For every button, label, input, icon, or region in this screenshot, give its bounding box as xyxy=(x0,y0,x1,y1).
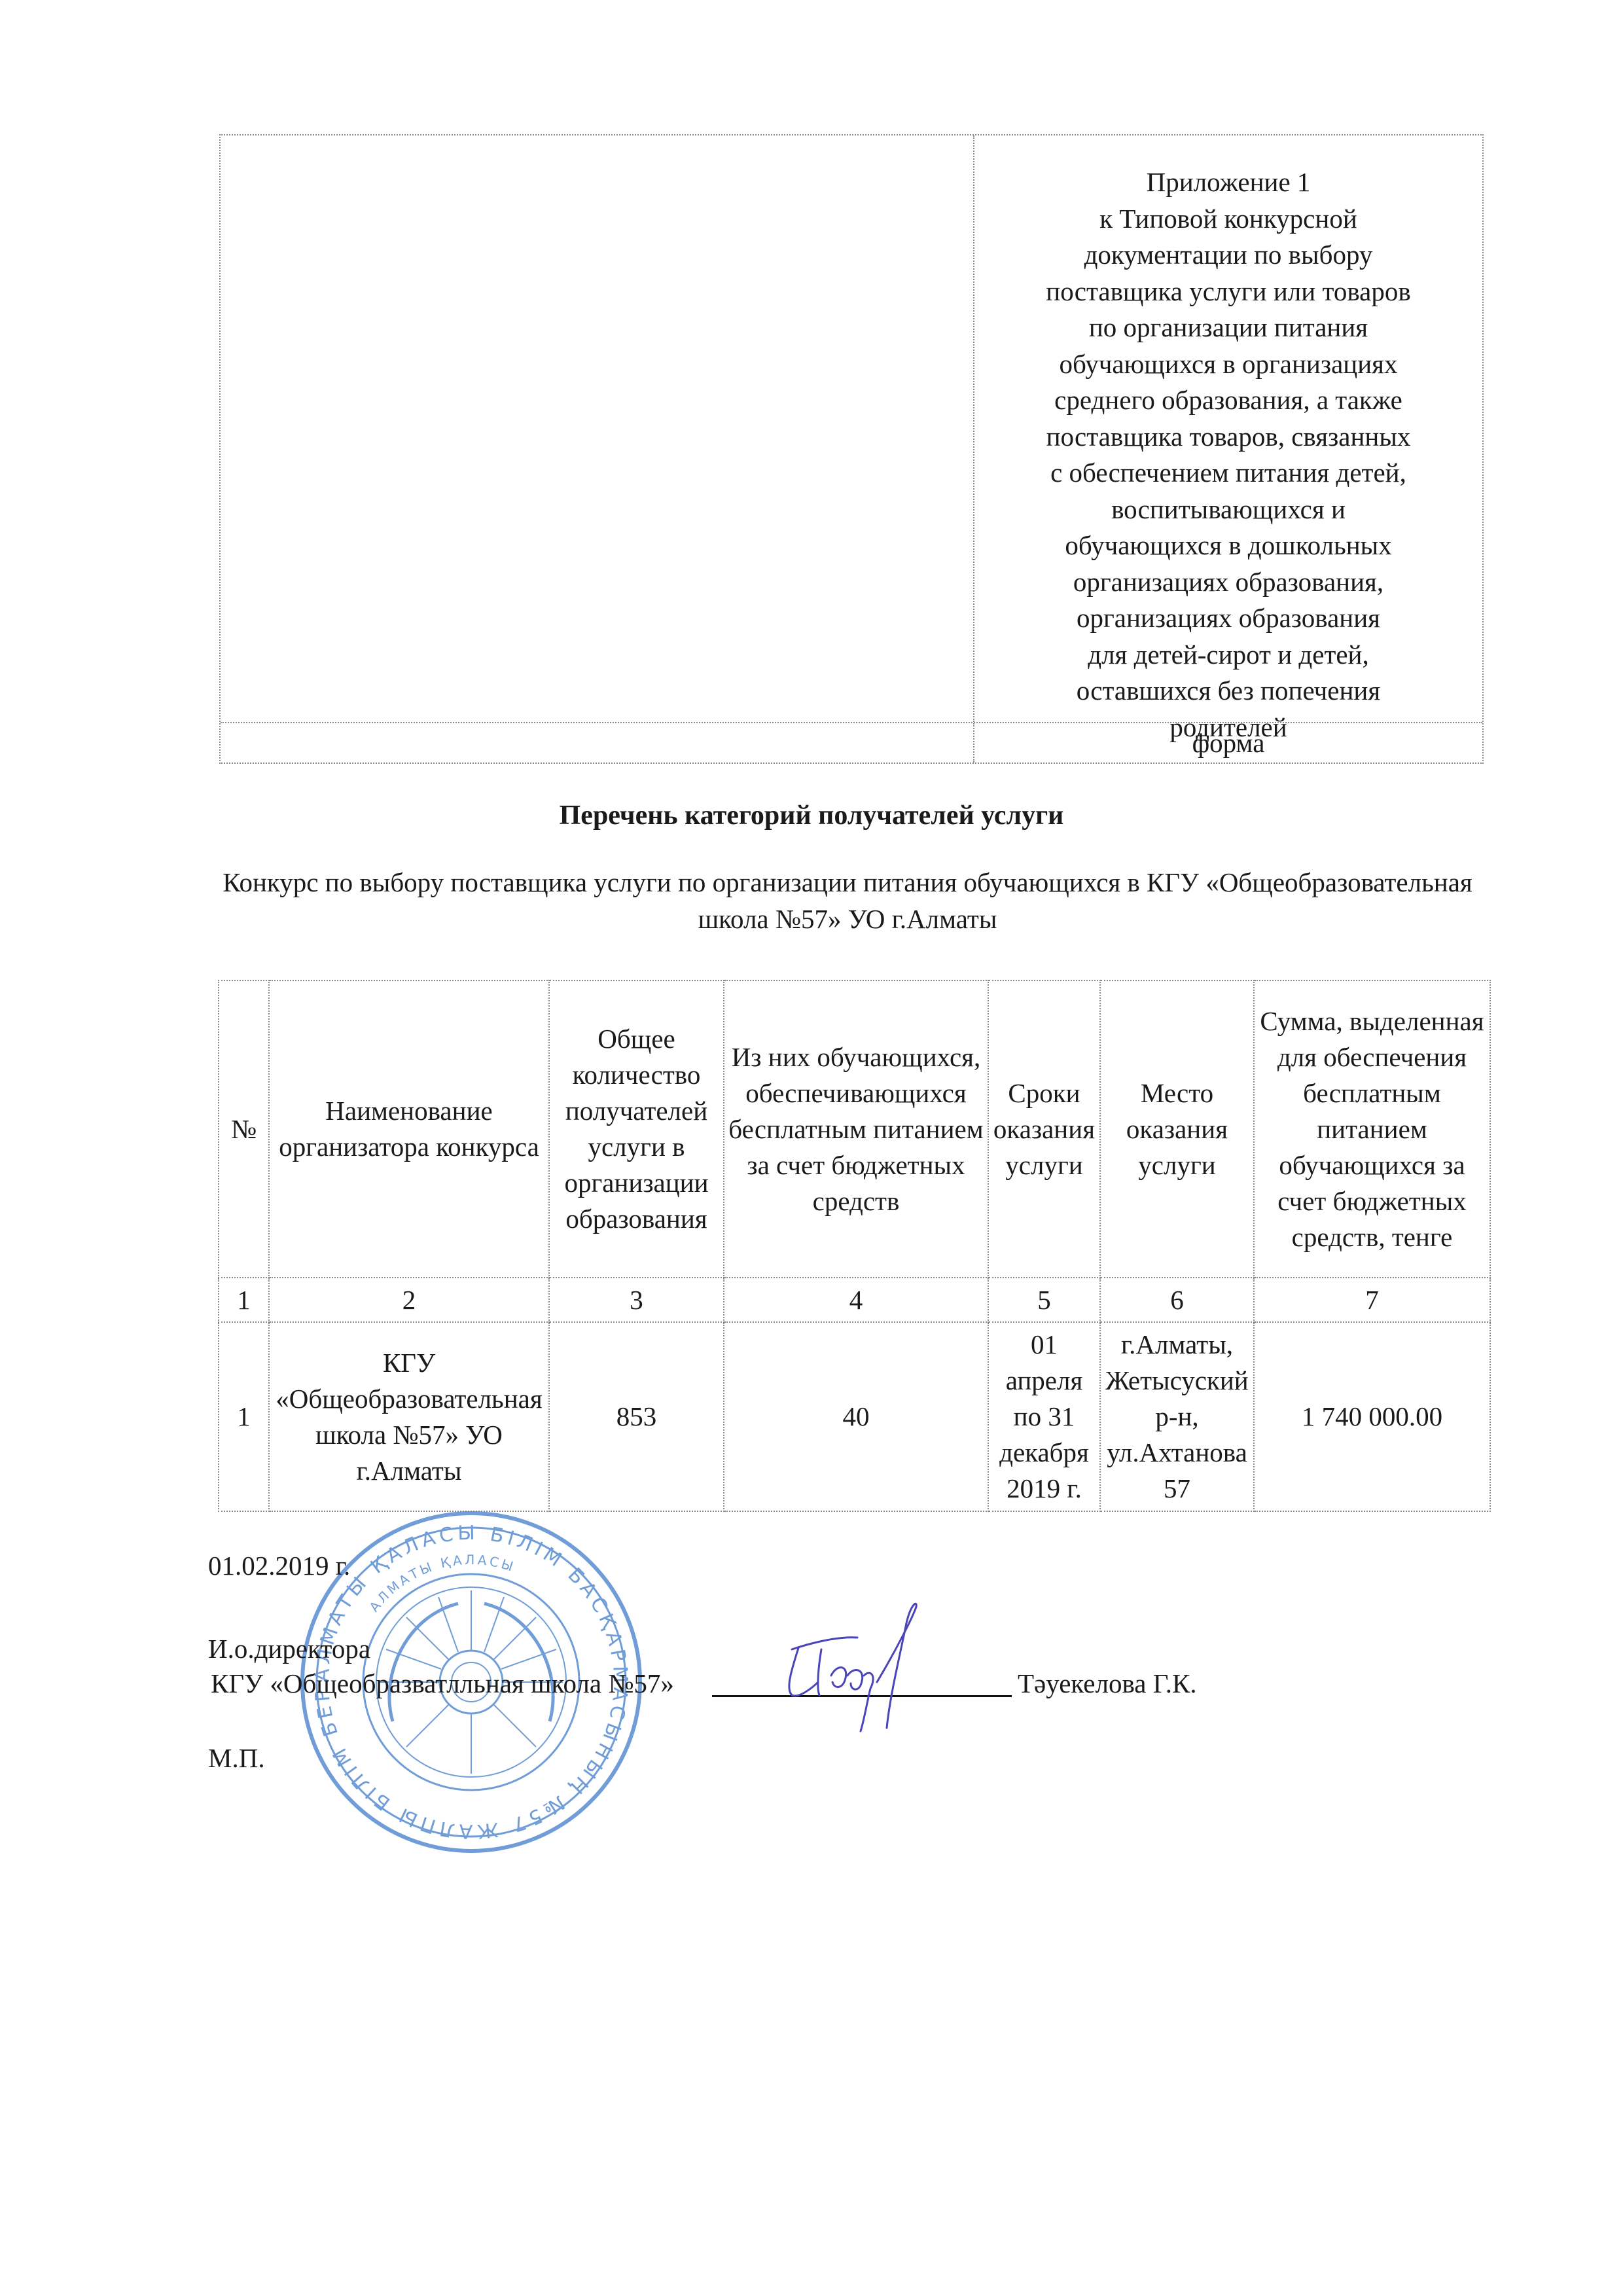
column-number: 7 xyxy=(1254,1278,1490,1322)
cell-amount: 1 740 000.00 xyxy=(1254,1322,1490,1511)
seal-placeholder-label: М.П. xyxy=(208,1742,265,1774)
signer-organization: КГУ «Общеобразватлльная школа №57» xyxy=(211,1668,674,1699)
table-row: 1 КГУ «Общеобразовательная школа №57» УО… xyxy=(219,1322,1490,1511)
cell-total-recipients: 853 xyxy=(549,1322,724,1511)
document-date: 01.02.2019 г. xyxy=(208,1550,350,1581)
document-title: Перечень категорий получателей услуги xyxy=(0,800,1623,831)
cell-number: 1 xyxy=(219,1322,269,1511)
annex-empty-cell xyxy=(221,135,974,722)
cell-service-period: 01 апреля по 31 декабря 2019 г. xyxy=(988,1322,1100,1511)
annex-text: Приложение 1 к Типовой конкурсной докуме… xyxy=(1046,164,1410,745)
column-number-row: 1 2 3 4 5 6 7 xyxy=(219,1278,1490,1322)
header-service-place: Место оказания услуги xyxy=(1100,980,1254,1278)
cell-service-place: г.Алматы, Жетысуский р-н, ул.Ахтанова 57 xyxy=(1100,1322,1254,1511)
column-number: 1 xyxy=(219,1278,269,1322)
header-total-recipients: Общее количество получателей услуги в ор… xyxy=(549,980,724,1278)
signer-role: И.о.директора xyxy=(208,1633,370,1664)
column-number: 4 xyxy=(724,1278,988,1322)
annex-table: Приложение 1 к Типовой конкурсной докуме… xyxy=(219,134,1484,764)
column-number: 2 xyxy=(269,1278,549,1322)
column-number: 5 xyxy=(988,1278,1100,1322)
column-number: 3 xyxy=(549,1278,724,1322)
document-subtitle: Конкурс по выбору поставщика услуги по о… xyxy=(196,864,1499,937)
signer-name: Тәуекелова Г.К. xyxy=(1018,1668,1197,1699)
cell-free-meal-students: 40 xyxy=(724,1322,988,1511)
annex-empty-cell-2 xyxy=(221,723,974,762)
cell-organizer: КГУ «Общеобразовательная школа №57» УО г… xyxy=(269,1322,549,1511)
annex-text-cell: Приложение 1 к Типовой конкурсной докуме… xyxy=(974,135,1482,722)
recipients-table: № Наименование организатора конкурса Общ… xyxy=(218,980,1491,1512)
header-service-period: Сроки оказания услуги xyxy=(988,980,1100,1278)
header-number: № xyxy=(219,980,269,1278)
handwritten-signature-icon xyxy=(772,1597,942,1741)
header-free-meal-students: Из них обучающихся, обеспечивающихся бес… xyxy=(724,980,988,1278)
header-amount: Сумма, выделенная для обеспечения беспла… xyxy=(1254,980,1490,1278)
table-header-row: № Наименование организатора конкурса Общ… xyxy=(219,980,1490,1278)
form-label: форма xyxy=(974,723,1482,762)
column-number: 6 xyxy=(1100,1278,1254,1322)
header-organizer: Наименование организатора конкурса xyxy=(269,980,549,1278)
